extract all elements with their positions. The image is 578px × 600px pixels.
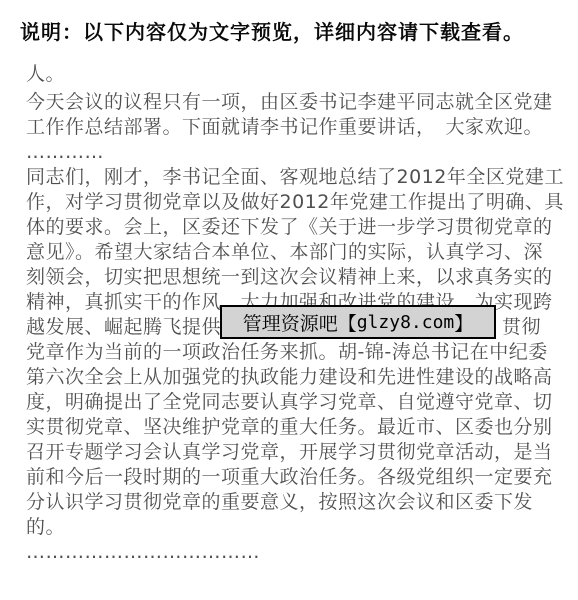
watermark-site-name: 管理资源吧【 (243, 309, 357, 336)
document-line: 前和今后一段时期的一项重大政治任务。各级党组织一定要充 (26, 465, 570, 490)
document-line: 意见》。希望大家结合本单位、本部门的实际，认真学习、深 (26, 240, 570, 265)
watermark-domain: glzy8.com (357, 312, 455, 333)
ellipsis-line: ……………………………… (26, 540, 570, 565)
document-line: 度，明确提出了全党同志要认真学习党章、自觉遵守党章、切 (26, 390, 570, 415)
document-line: 工作作总结部署。下面就请李书记作重要讲话， 大家欢迎。 (26, 115, 570, 140)
document-line: 分认识学习贯彻党章的重要意义，按照这次会议和区委下发 (26, 490, 570, 515)
document-line: 第六次全会上从加强党的执政能力建设和先进性建设的战略高 (26, 365, 570, 390)
document-line: 刻领会，切实把思想统一到这次会议精神上来，以求真务实的 (26, 265, 570, 290)
ellipsis-line: ………… (26, 140, 570, 165)
document-line: 召开专题学习会认真学习党章，开展学习贯彻党章活动，是当 (26, 440, 570, 465)
watermark-closing-bracket: 】 (454, 309, 473, 336)
document-line: 实贯彻党章、坚决维护党章的重大任务。最近市、区委也分别 (26, 415, 570, 440)
document-line: 党章作为当前的一项政治任务来抓。胡-锦-涛总书记在中纪委 (26, 340, 570, 365)
watermark-box: 管理资源吧【glzy8.com】 (220, 305, 496, 339)
document-line: 同志们，刚才，李书记全面、客观地总结了2012年全区党建工 (26, 165, 570, 190)
preview-notice: 说明：以下内容仅为文字预览，详细内容请下载查看。 (20, 16, 524, 45)
document-line: 的。 (26, 515, 570, 540)
document-line: 今天会议的议程只有一项，由区委书记李建平同志就全区党建 (26, 90, 570, 115)
document-line: 体的要求。会上，区委还下发了《关于进一步学习贯彻党章的 (26, 215, 570, 240)
document-line: 作，对学习贯彻党章以及做好2012年党建工作提出了明确、具 (26, 190, 570, 215)
document-line-continuation: 贯彻 (502, 315, 541, 340)
document-line: 人。 (26, 62, 570, 87)
document-preview-page: 说明：以下内容仅为文字预览，详细内容请下载查看。 人。 今天会议的议程只有一项，… (0, 0, 578, 600)
